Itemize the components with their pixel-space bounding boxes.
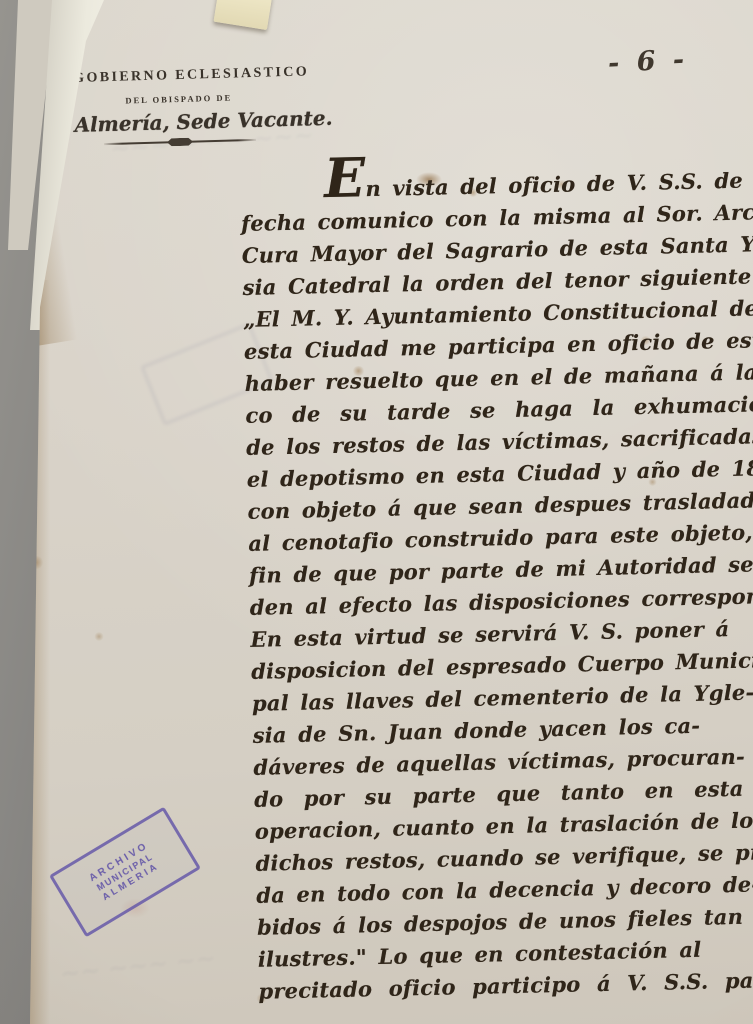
stain (28, 556, 44, 569)
page-number: - 6 - (607, 44, 689, 79)
archive-stamp: ARCHIVO MUNICIPAL ALMERIA (49, 807, 201, 938)
document-page: ~~~ ~ ~~ ~~~ ~~ ~~~ ~~ GOBIERNO ECLESIAS… (0, 0, 753, 1024)
letterhead-rule (104, 139, 256, 145)
rule-ornament-icon (167, 138, 193, 147)
scanned-document-photo: ~~~ ~ ~~ ~~~ ~~ ~~~ ~~ GOBIERNO ECLESIAS… (0, 0, 753, 1024)
letterhead-line-2: DEL OBISPADO DE (74, 91, 284, 107)
ink-showthrough: ~~ ~~~ ~~ (59, 944, 217, 988)
manuscript-text: En vista del oficio de V. S.S. de esta f… (240, 164, 753, 1007)
letterhead-line-1: GOBIERNO ECLESIASTICO (73, 65, 283, 87)
letterhead-line-3: Almería, Sede Vacante. (74, 107, 285, 137)
letterhead: GOBIERNO ECLESIASTICO DEL OBISPADO DE Al… (73, 65, 285, 146)
stain (94, 632, 104, 641)
